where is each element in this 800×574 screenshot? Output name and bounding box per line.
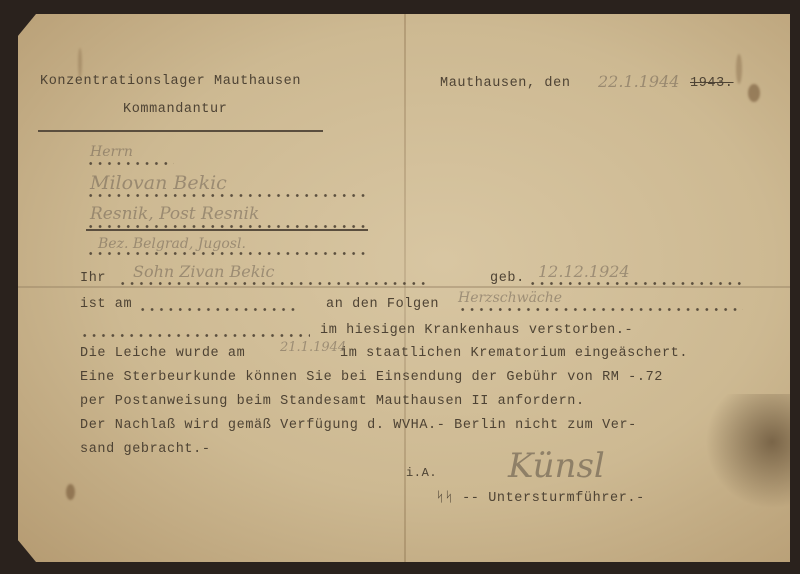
body-line-5: Eine Sterbeurkunde können Sie bei Einsen…: [80, 370, 663, 385]
sender-line-2: Kommandantur: [123, 102, 227, 117]
dotted-line: [86, 225, 368, 228]
recipient-district: Bez. Belgrad, Jugosl.: [98, 236, 246, 252]
cremation-date: 21.1.1944: [280, 340, 346, 355]
dotted-line: [80, 334, 310, 337]
on-behalf-label: i.A.: [406, 466, 437, 480]
geb-label: geb.: [490, 271, 525, 286]
salutation: Herrn: [90, 144, 133, 160]
rank-line: ᛋᛋ -- Untersturmführer.-: [436, 490, 645, 506]
line1-prefix: Ihr: [80, 271, 106, 286]
handwritten-signature: Künsl: [508, 446, 605, 486]
dotted-line: [86, 162, 174, 165]
son-name: Sohn Zivan Bekic: [133, 262, 275, 281]
dark-stain-right: [700, 394, 790, 514]
stain: [736, 54, 742, 84]
stain: [66, 484, 75, 500]
document-paper: Konzentrationslager Mauthausen Kommandan…: [18, 14, 790, 562]
horizontal-fold-crease: [18, 286, 790, 288]
line3-suffix: im hiesigen Krankenhaus verstorben.-: [320, 323, 633, 338]
recipient-name: Milovan Bekic: [90, 172, 227, 194]
place-date-prefix: Mauthausen, den: [440, 76, 571, 91]
line2-prefix: ist am: [80, 297, 132, 312]
body-line-6: per Postanweisung beim Standesamt Mautha…: [80, 394, 585, 409]
dotted-line: [458, 308, 743, 311]
dotted-line: [86, 194, 368, 197]
sender-line-1: Konzentrationslager Mauthausen: [40, 74, 301, 89]
line2-mid: an den Folgen: [326, 297, 439, 312]
date-handwritten: 22.1.1944: [598, 72, 679, 91]
line4-suffix: im staatlichen Krematorium eingeäschert.: [340, 346, 688, 361]
birth-date: 12.12.1924: [538, 262, 630, 281]
year-typed: 1943.: [690, 76, 734, 91]
stain: [748, 84, 760, 102]
body-line-7: Der Nachlaß wird gemäß Verfügung d. WVHA…: [80, 418, 637, 433]
body-line-8: sand gebracht.-: [80, 442, 211, 457]
dotted-line: [86, 252, 368, 255]
header-rule: [38, 130, 323, 132]
dotted-line: [528, 282, 743, 285]
dotted-line: [138, 308, 298, 311]
address-rule: [86, 229, 368, 231]
dotted-line: [118, 282, 428, 285]
recipient-address: Resnik, Post Resnik: [90, 204, 259, 224]
cause-of-death: Herzschwäche: [458, 290, 562, 306]
line4-prefix: Die Leiche wurde am: [80, 346, 245, 361]
